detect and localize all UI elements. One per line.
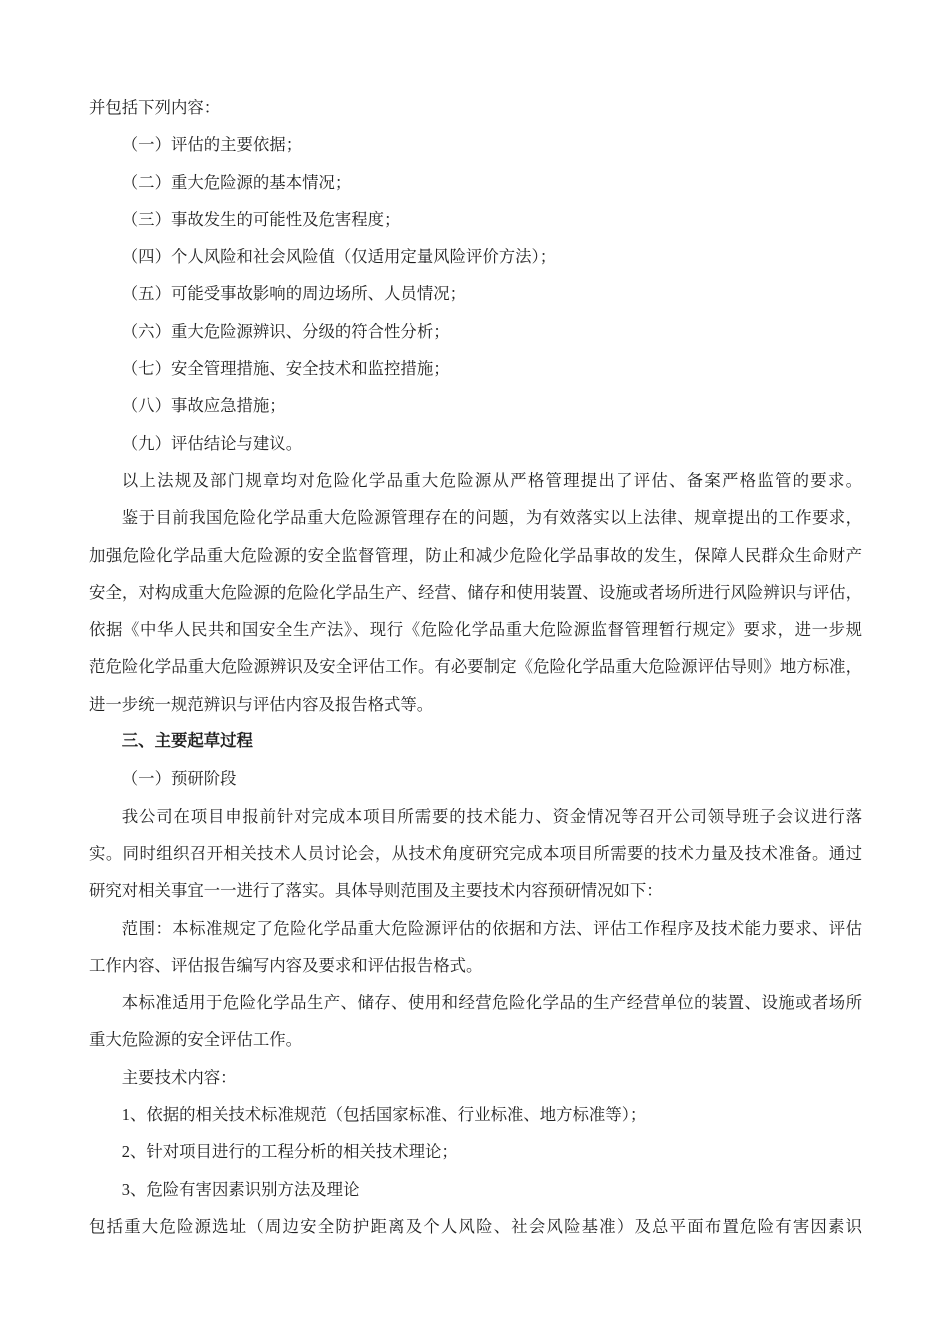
text-line: 范危险化学品重大危险源辨识及安全评估工作。有必要制定《危险化学品重大危险源评估导… <box>89 648 862 685</box>
text-line: （九）评估结论与建议。 <box>89 425 862 462</box>
text-line: 加强危险化学品重大危险源的安全监督管理，防止和减少危险化学品事故的发生，保障人民… <box>89 537 862 574</box>
text-line: （五）可能受事故影响的周边场所、人员情况； <box>89 275 862 312</box>
text-line: （一）评估的主要依据； <box>89 126 862 163</box>
section-heading: 三、主要起草过程 <box>89 723 862 760</box>
text-line: 进一步统一规范辨识与评估内容及报告格式等。 <box>89 686 862 723</box>
text-line: （二）重大危险源的基本情况； <box>89 164 862 201</box>
text-line: 3、危险有害因素识别方法及理论 <box>89 1171 862 1208</box>
text-line: 依据《中华人民共和国安全生产法》、现行《危险化学品重大危险源监督管理暂行规定》要… <box>89 611 862 648</box>
text-line: 重大危险源的安全评估工作。 <box>89 1021 862 1058</box>
text-line: 实。同时组织召开相关技术人员讨论会，从技术角度研究完成本项目所需要的技术力量及技… <box>89 835 862 872</box>
text-line: （六）重大危险源辨识、分级的符合性分析； <box>89 313 862 350</box>
text-line: （三）事故发生的可能性及危害程度； <box>89 201 862 238</box>
text-line: 安全，对构成重大危险源的危险化学品生产、经营、储存和使用装置、设施或者场所进行风… <box>89 574 862 611</box>
text-line: （一）预研阶段 <box>89 760 862 797</box>
text-line: 工作内容、评估报告编写内容及要求和评估报告格式。 <box>89 947 862 984</box>
text-line: 本标准适用于危险化学品生产、储存、使用和经营危险化学品的生产经营单位的装置、设施… <box>89 984 862 1021</box>
text-line: （四）个人风险和社会风险值（仅适用定量风险评价方法）； <box>89 238 862 275</box>
text-line: 1、依据的相关技术标准规范（包括国家标准、行业标准、地方标准等）； <box>89 1096 862 1133</box>
text-line: 鉴于目前我国危险化学品重大危险源管理存在的问题，为有效落实以上法律、规章提出的工… <box>89 499 862 536</box>
text-line: （七）安全管理措施、安全技术和监控措施； <box>89 350 862 387</box>
text-line: 包括重大危险源选址（周边安全防护距离及个人风险、社会风险基准）及总平面布置危险有… <box>89 1208 862 1245</box>
text-line: 并包括下列内容： <box>89 89 862 126</box>
text-line: （八）事故应急措施； <box>89 387 862 424</box>
text-line: 研究对相关事宜一一进行了落实。具体导则范围及主要技术内容预研情况如下： <box>89 872 862 909</box>
text-line: 主要技术内容： <box>89 1059 862 1096</box>
document-text-block: 并包括下列内容：（一）评估的主要依据；（二）重大危险源的基本情况；（三）事故发生… <box>89 89 862 1245</box>
text-line: 我公司在项目申报前针对完成本项目所需要的技术能力、资金情况等召开公司领导班子会议… <box>89 798 862 835</box>
text-line: 2、针对项目进行的工程分析的相关技术理论； <box>89 1133 862 1170</box>
text-line: 范围：本标准规定了危险化学品重大危险源评估的依据和方法、评估工作程序及技术能力要… <box>89 910 862 947</box>
text-line: 以上法规及部门规章均对危险化学品重大危险源从严格管理提出了评估、备案严格监管的要… <box>89 462 862 499</box>
